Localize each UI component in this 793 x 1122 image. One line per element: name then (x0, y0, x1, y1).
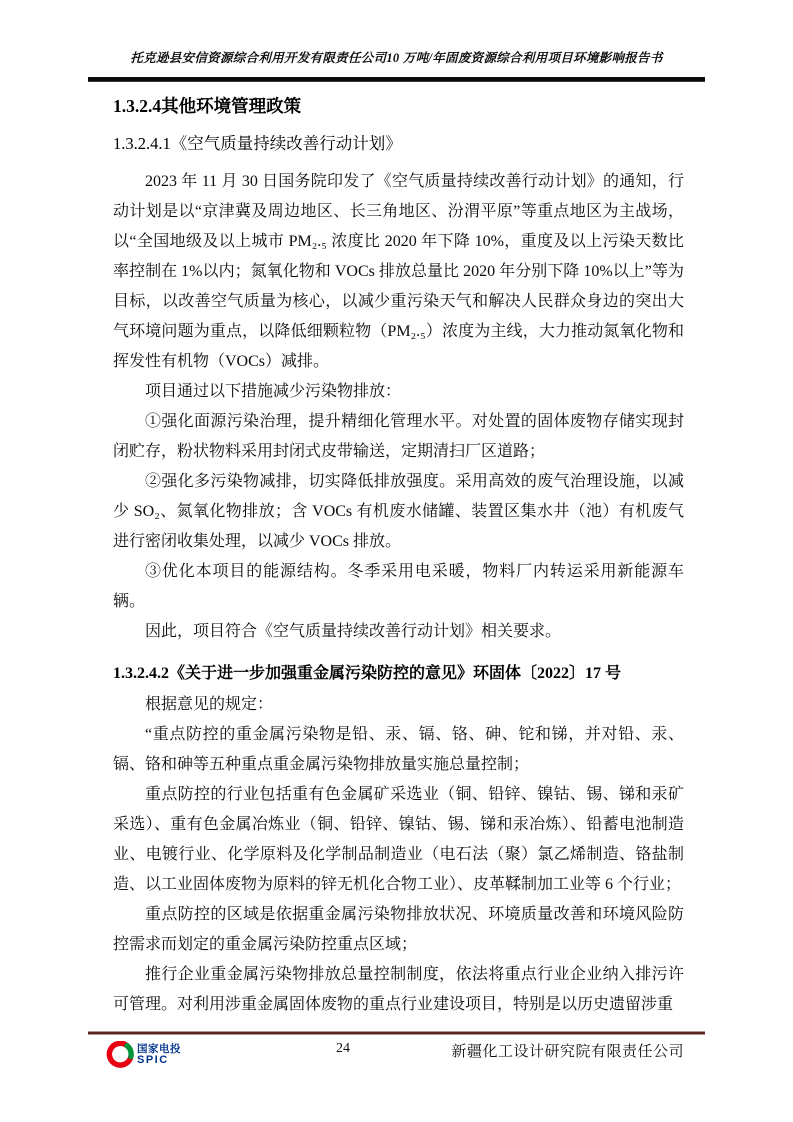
spic-logo-icon (106, 1041, 134, 1069)
spic-logo-en: SPIC (137, 1055, 181, 1066)
paragraph: 项目通过以下措施减少污染物排放： (113, 377, 684, 407)
spic-logo-cn: 国家电投 (137, 1044, 181, 1055)
subsection-heading-2: 1.3.2.4.2《关于进一步加强重金属污染防控的意见》环固体〔2022〕17 … (113, 660, 684, 688)
page-number: 24 (318, 1041, 368, 1057)
paragraph: 推行企业重金属污染物排放总量控制制度，依法将重点行业企业纳入排污许可管理。对利用… (113, 960, 684, 1020)
document-page: 托克逊县安信资源综合利用开发有限责任公司10 万吨/年固废资源综合利用项目环境影… (0, 0, 793, 1122)
paragraph: 根据意见的规定： (113, 690, 684, 720)
paragraph: ①强化面源污染治理，提升精细化管理水平。对处置的固体废物存储实现封闭贮存，粉状物… (113, 407, 684, 467)
paragraph: “重点防控的重金属污染物是铅、汞、镉、铬、砷、铊和锑，并对铅、汞、镉、铬和砷等五… (113, 720, 684, 780)
footer-company: 新疆化工设计研究院有限责任公司 (451, 1040, 684, 1061)
paragraph: 2023 年 11 月 30 日国务院印发了《空气质量持续改善行动计划》的通知，… (113, 167, 684, 377)
paragraph: 重点防控的区域是依据重金属污染物排放状况、环境质量改善和环境风险防控需求而划定的… (113, 900, 684, 960)
page-header: 托克逊县安信资源综合利用开发有限责任公司10 万吨/年固废资源综合利用项目环境影… (0, 0, 793, 82)
paragraph: 重点防控的行业包括重有色金属矿采选业（铜、铅锌、镍钴、锡、锑和汞矿采选）、重有色… (113, 780, 684, 900)
subsection-heading-1: 1.3.2.4.1《空气质量持续改善行动计划》 (113, 131, 684, 157)
paragraph: ③优化本项目的能源结构。冬季采用电采暖，物料厂内转运采用新能源车辆。 (113, 557, 684, 617)
section-heading: 1.3.2.4其他环境管理政策 (113, 94, 684, 119)
paragraph: ②强化多污染物减排，切实降低排放强度。采用高效的废气治理设施，以减少 SO₂、氮… (113, 467, 684, 557)
document-header-title: 托克逊县安信资源综合利用开发有限责任公司10 万吨/年固废资源综合利用项目环境影… (88, 46, 705, 70)
footer-rule (88, 1031, 705, 1035)
spic-logo: 国家电投 SPIC (106, 1041, 181, 1069)
spic-logo-wordmark: 国家电投 SPIC (137, 1044, 181, 1067)
paragraph: 因此，项目符合《空气质量持续改善行动计划》相关要求。 (113, 617, 684, 647)
document-body: 1.3.2.4其他环境管理政策 1.3.2.4.1《空气质量持续改善行动计划》 … (0, 82, 793, 1020)
